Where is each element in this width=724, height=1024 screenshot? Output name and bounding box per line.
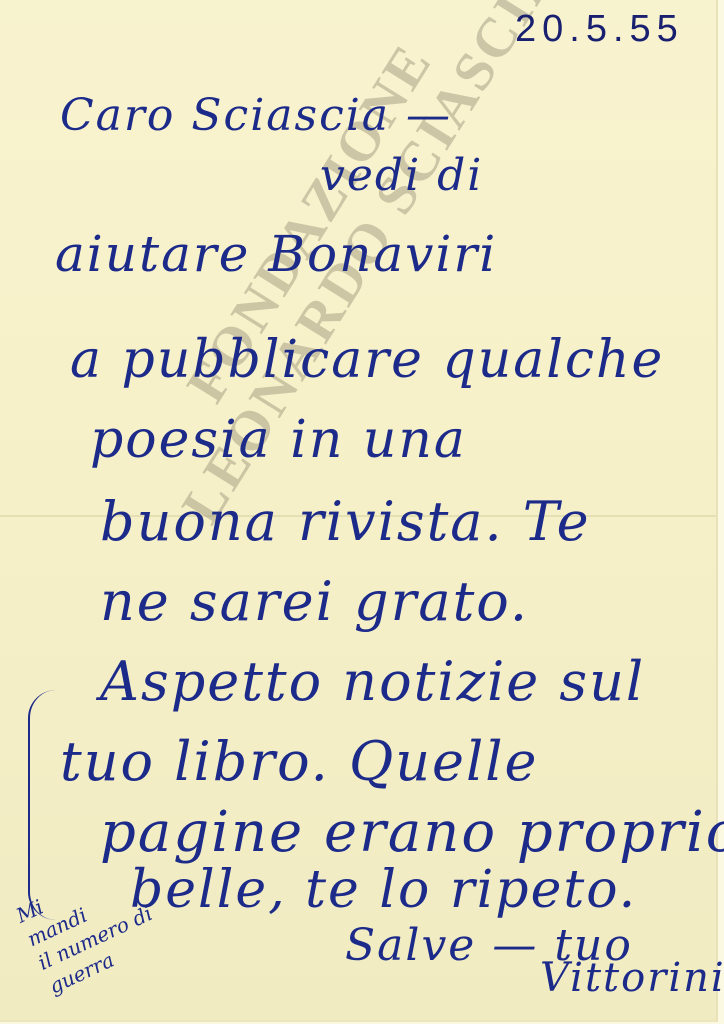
letter-line: pagine erano proprio [100,800,724,865]
letter-line: vedi di [320,150,483,201]
letter-line: a pubblicare qualche [70,330,664,390]
letter-line: belle, te lo ripeto. [130,860,637,920]
letter-line: tuo libro. Quelle [60,730,538,793]
letter-line: ne sarei grato. [100,570,529,633]
signature: Vittorini [540,955,724,1001]
letter-date: 20.5.55 [515,8,684,51]
letter-line: buona rivista. Te [100,490,591,553]
letter-page: FONDAZIONE LEONARDO SCIASCIA 20.5.55 Car… [0,0,718,1022]
letter-line: poesia in una [90,410,467,470]
letter-line: aiutare Bonaviri [55,225,497,283]
letter-line: Caro Sciascia — [60,90,452,141]
letter-line: Aspetto notizie sul [100,650,645,713]
